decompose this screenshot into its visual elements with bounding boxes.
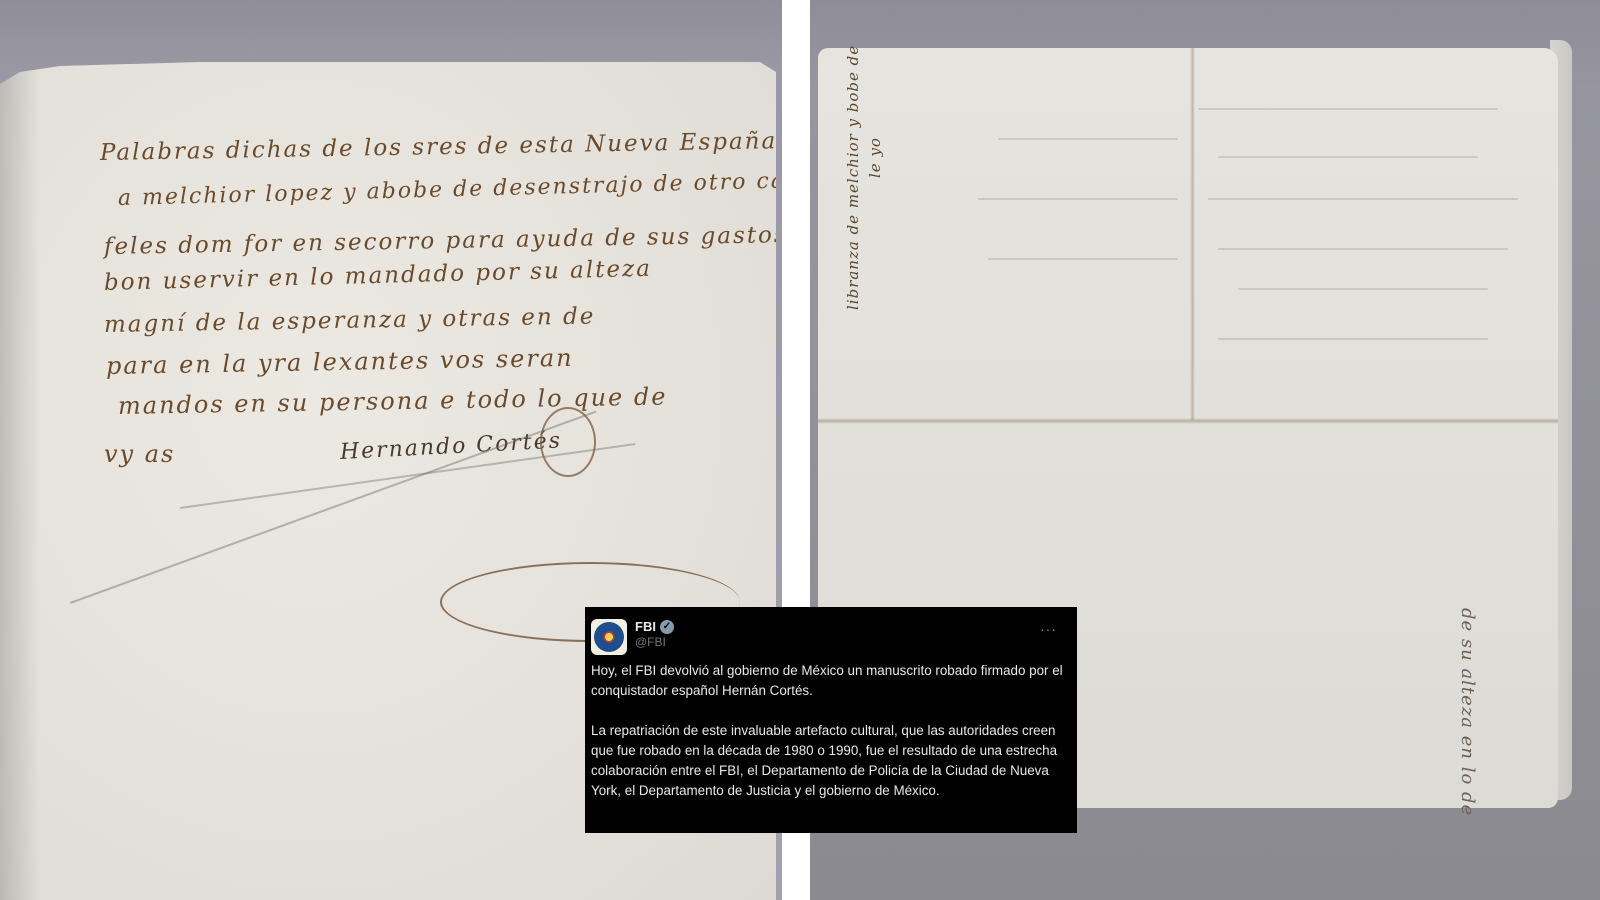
author-info: FBI ✓ @FBI bbox=[635, 619, 674, 649]
tweet-text: Hoy, el FBI devolvió al gobierno de Méxi… bbox=[591, 661, 1067, 801]
verified-badge-icon: ✓ bbox=[660, 620, 674, 634]
faded-text bbox=[1218, 338, 1488, 340]
horizontal-fold bbox=[818, 418, 1558, 424]
tweet-header: FBI ✓ @FBI ··· bbox=[591, 619, 1067, 659]
tweet-paragraph: Hoy, el FBI devolvió al gobierno de Méxi… bbox=[591, 661, 1067, 701]
handwriting-line: magní de la esperanza y otras en de bbox=[104, 303, 596, 338]
more-options-icon[interactable]: ··· bbox=[1040, 621, 1057, 637]
signature-flourish bbox=[540, 407, 596, 477]
handwriting-line: bon uservir en lo mandado por su alteza bbox=[104, 256, 653, 296]
tweet-card[interactable]: FBI ✓ @FBI ··· Hoy, el FBI devolvió al g… bbox=[585, 607, 1077, 833]
faded-text bbox=[1208, 198, 1518, 200]
tweet-paragraph: La repatriación de este invaluable artef… bbox=[591, 721, 1067, 801]
faded-text bbox=[1218, 248, 1508, 250]
vertical-annotation: le yo bbox=[866, 137, 884, 178]
fbi-seal-icon bbox=[594, 622, 624, 652]
handwriting-line: Palabras dichas de los sres de esta Nuev… bbox=[100, 128, 778, 166]
author-handle[interactable]: @FBI bbox=[635, 635, 674, 649]
author-name[interactable]: FBI bbox=[635, 619, 656, 634]
faded-text bbox=[978, 198, 1178, 200]
handwriting-line: vy as bbox=[104, 440, 175, 468]
vertical-annotation: libranza de melchior y bobe de bbox=[844, 45, 862, 310]
faded-text bbox=[998, 138, 1178, 140]
handwriting-line: a melchior lopez y abobe de desenstrajo … bbox=[118, 167, 782, 211]
page-shadow bbox=[0, 62, 40, 900]
faded-text bbox=[1218, 156, 1478, 158]
handwriting-line: para en la yra lexantes vos seran bbox=[106, 344, 574, 380]
handwriting-line: feles dom for en secorro para ayuda de s… bbox=[104, 222, 782, 260]
faded-text bbox=[1198, 108, 1498, 110]
faded-text bbox=[988, 258, 1178, 260]
vertical-annotation: de su alteza en lo de bbox=[1457, 608, 1478, 816]
author-line: FBI ✓ bbox=[635, 619, 674, 634]
vertical-fold bbox=[1190, 48, 1195, 420]
fbi-seal-avatar[interactable] bbox=[591, 619, 627, 655]
faded-text bbox=[1238, 288, 1488, 290]
